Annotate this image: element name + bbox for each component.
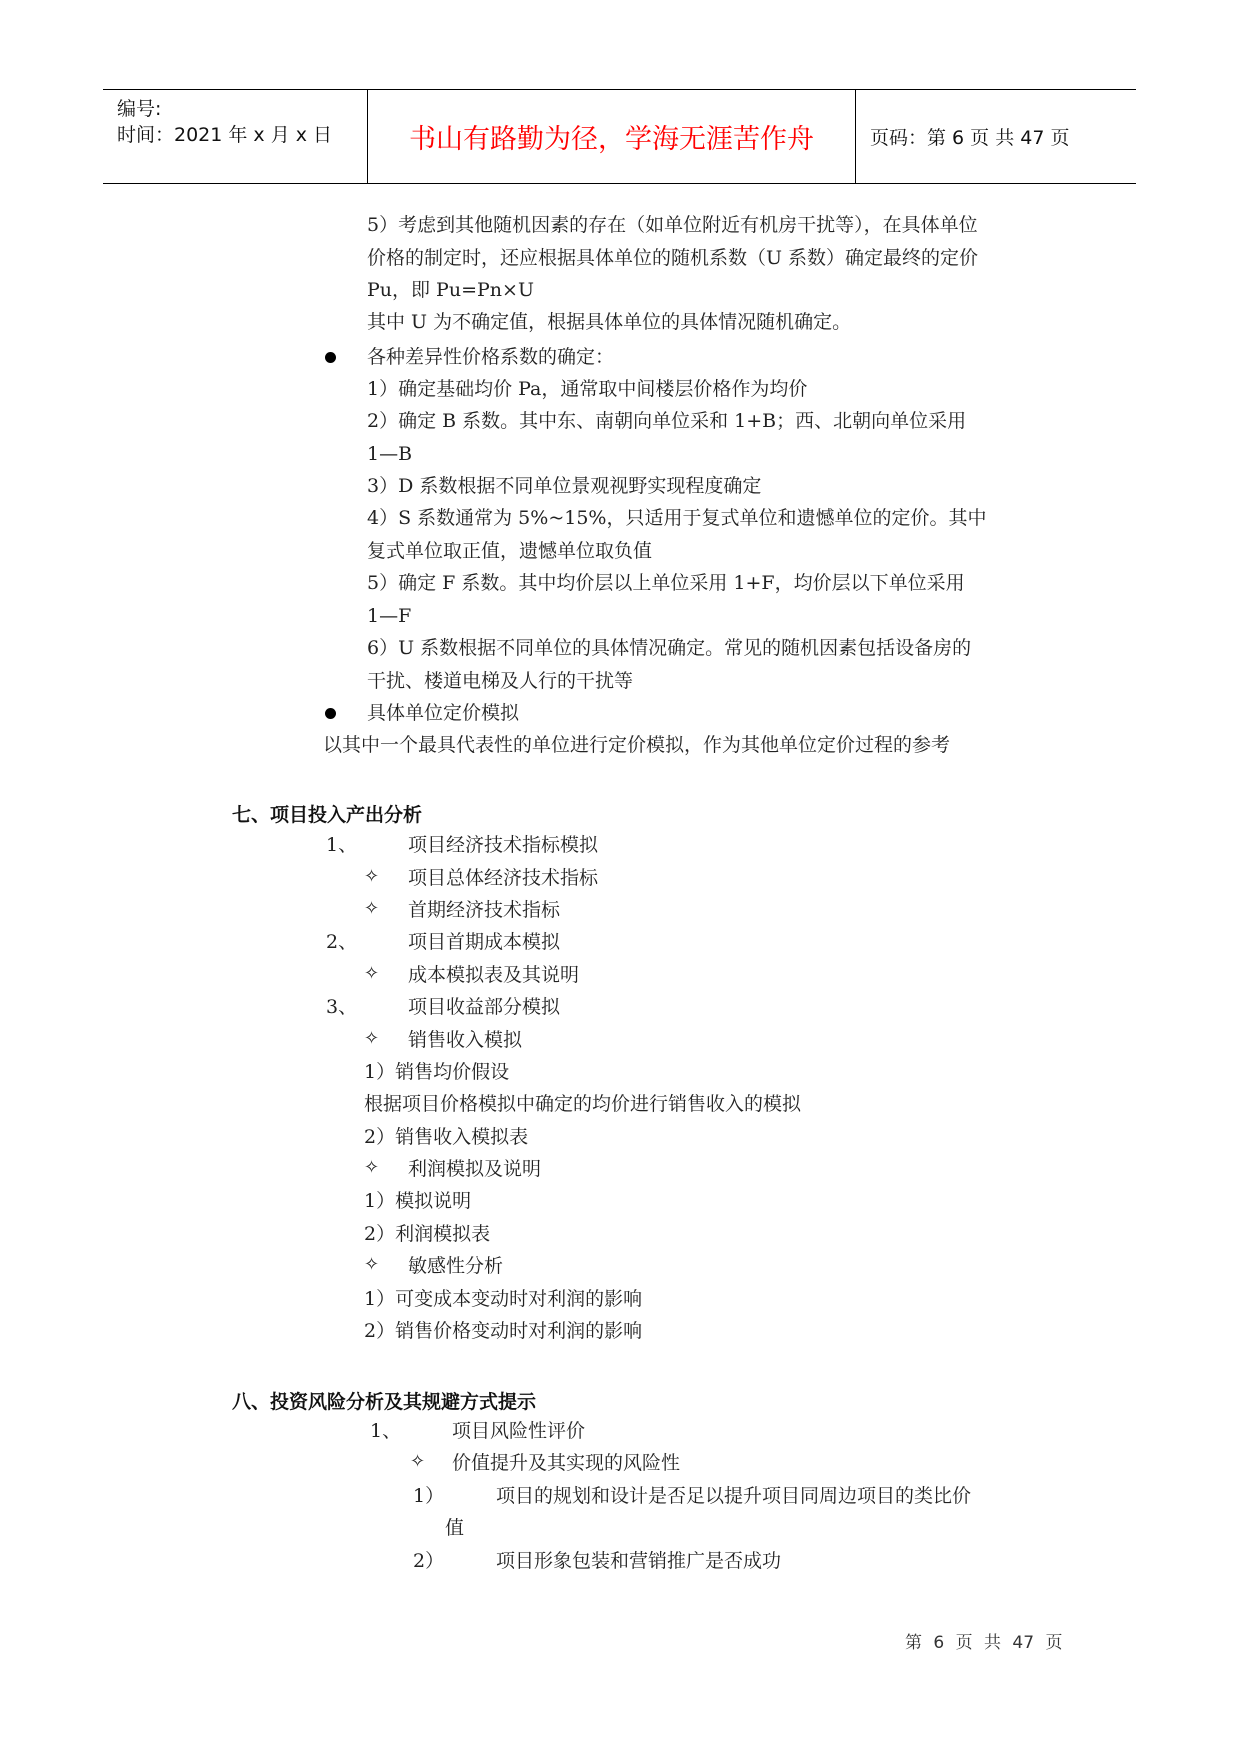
bullet-item: 具体单位定价模拟	[367, 697, 519, 729]
list-item: 项目经济技术指标模拟	[408, 829, 598, 861]
section-7-title: 七、项目投入产出分析	[232, 800, 422, 827]
list-item: 利润模拟及说明	[408, 1153, 541, 1185]
list-item: 项目风险性评价	[452, 1415, 585, 1447]
bullet-icon	[325, 352, 336, 363]
paragraph-line: Pu，即 Pu=Pn×U	[367, 274, 534, 306]
list-item: 复式单位取正值，遗憾单位取负值	[367, 535, 652, 567]
time-label: 时间：2021 年 x 月 x 日	[117, 120, 332, 147]
list-item: 4）S 系数通常为 5%~15%，只适用于复式单位和遗憾单位的定价。其中	[367, 502, 986, 534]
list-item: 首期经济技术指标	[408, 894, 560, 926]
list-item: 项目收益部分模拟	[408, 991, 560, 1023]
list-item: 5）确定 F 系数。其中均价层以上单位采用 1+F，均价层以下单位采用	[367, 567, 965, 599]
list-item: 2）确定 B 系数。其中东、南朝向单位采和 1+B；西、北朝向单位采用	[367, 405, 966, 437]
list-number: 1、	[326, 829, 357, 861]
list-item: 1）模拟说明	[364, 1185, 471, 1217]
list-item: 1—F	[367, 600, 411, 632]
diamond-bullet-icon: ✧	[364, 1157, 379, 1178]
header-left-cell: 编号: 时间：2021 年 x 月 x 日	[103, 90, 368, 183]
list-item: 项目首期成本模拟	[408, 926, 560, 958]
list-item: 销售收入模拟	[408, 1024, 522, 1056]
paragraph-line: 以其中一个最具代表性的单位进行定价模拟，作为其他单位定价过程的参考	[323, 729, 950, 761]
paragraph-line: 其中 U 为不确定值，根据具体单位的具体情况随机确定。	[367, 306, 851, 338]
header-right-cell: 页码：第 6 页 共 47 页	[856, 90, 1136, 183]
list-number: 2）	[413, 1545, 444, 1577]
list-item: 6）U 系数根据不同单位的具体情况确定。常见的随机因素包括设备房的	[367, 632, 971, 664]
section-8-title: 八、投资风险分析及其规避方式提示	[232, 1387, 536, 1414]
list-item: 2）销售收入模拟表	[364, 1121, 528, 1153]
list-item: 2）利润模拟表	[364, 1218, 490, 1250]
list-item: 敏感性分析	[408, 1250, 503, 1282]
list-number: 1、	[370, 1415, 401, 1447]
list-item: 干扰、楼道电梯及人行的干扰等	[367, 665, 633, 697]
list-item: 1）确定基础均价 Pa，通常取中间楼层价格作为均价	[367, 373, 807, 405]
page-footer: 第 6 页 共 47 页	[905, 1628, 1062, 1653]
list-item: 成本模拟表及其说明	[408, 959, 579, 991]
motto: 书山有路勤为径，学海无涯苦作舟	[409, 117, 814, 156]
list-item: 价值提升及其实现的风险性	[452, 1447, 680, 1479]
doc-number-label: 编号:	[117, 94, 161, 121]
page-header: 编号: 时间：2021 年 x 月 x 日 书山有路勤为径，学海无涯苦作舟 页码…	[103, 89, 1136, 184]
list-number: 2、	[326, 926, 357, 958]
header-middle-cell: 书山有路勤为径，学海无涯苦作舟	[368, 90, 856, 183]
diamond-bullet-icon: ✧	[364, 1028, 379, 1049]
paragraph-line: 价格的制定时，还应根据具体单位的随机系数（U 系数）确定最终的定价	[367, 242, 978, 274]
list-item: 项目总体经济技术指标	[408, 862, 598, 894]
list-item: 1）销售均价假设	[364, 1056, 509, 1088]
list-number: 3、	[326, 991, 357, 1023]
bullet-icon	[325, 708, 336, 719]
list-item: 根据项目价格模拟中确定的均价进行销售收入的模拟	[364, 1088, 801, 1120]
list-number: 1）	[413, 1480, 444, 1512]
list-item: 值	[445, 1512, 464, 1544]
diamond-bullet-icon: ✧	[364, 898, 379, 919]
list-item: 2）销售价格变动时对利润的影响	[364, 1315, 642, 1347]
diamond-bullet-icon: ✧	[364, 866, 379, 887]
paragraph-line: 5）考虑到其他随机因素的存在（如单位附近有机房干扰等），在具体单位	[367, 209, 978, 241]
list-item: 1）可变成本变动时对利润的影响	[364, 1283, 642, 1315]
diamond-bullet-icon: ✧	[410, 1451, 425, 1472]
diamond-bullet-icon: ✧	[364, 1254, 379, 1275]
list-item: 项目形象包装和营销推广是否成功	[496, 1545, 781, 1577]
diamond-bullet-icon: ✧	[364, 963, 379, 984]
list-item: 项目的规划和设计是否足以提升项目同周边项目的类比价	[496, 1480, 971, 1512]
list-item: 3）D 系数根据不同单位景观视野实现程度确定	[367, 470, 761, 502]
bullet-item: 各种差异性价格系数的确定：	[367, 341, 614, 373]
list-item: 1—B	[367, 438, 412, 470]
page-info: 页码：第 6 页 共 47 页	[870, 123, 1069, 150]
